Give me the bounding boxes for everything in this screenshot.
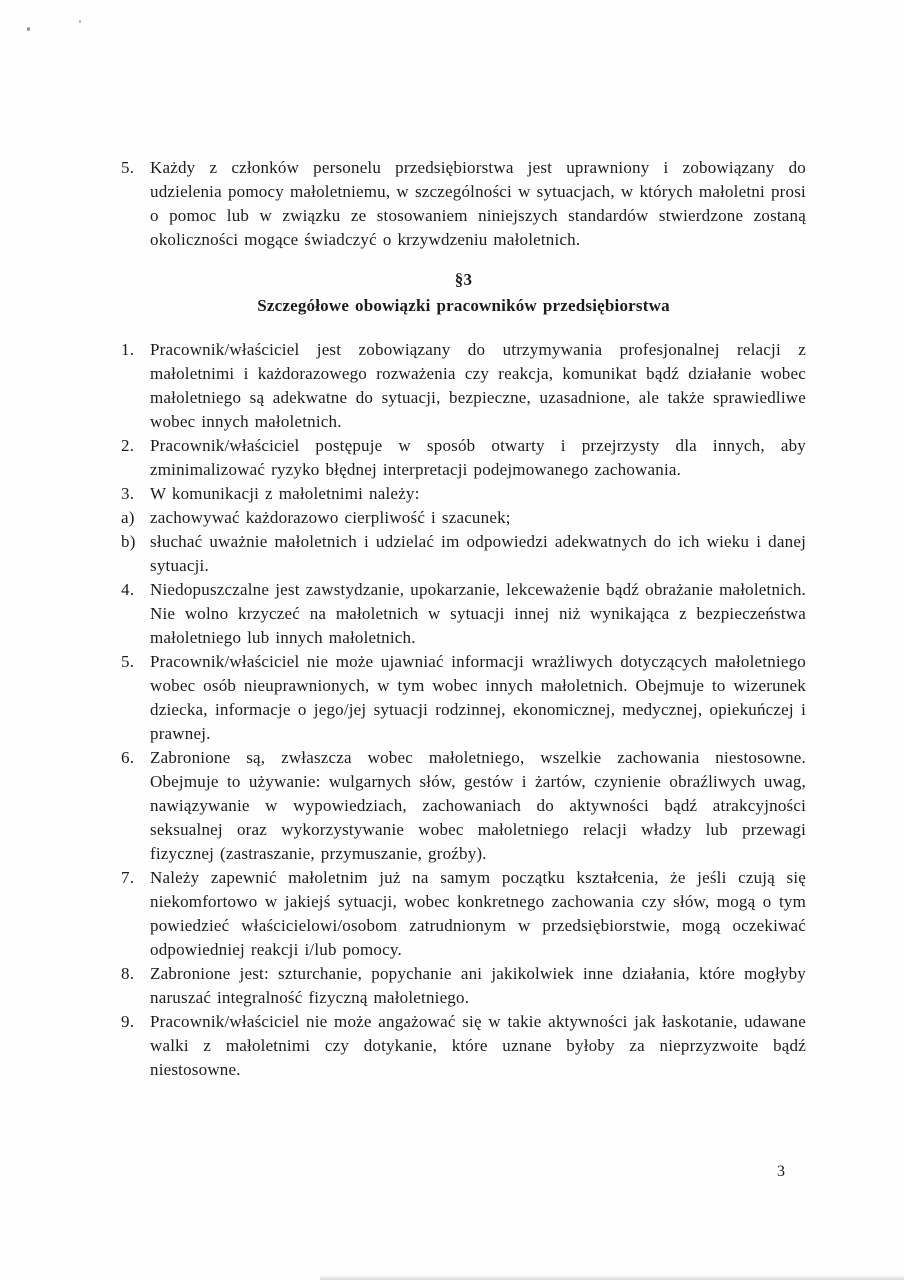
lettered-item: a) zachowywać każdorazowo cierpliwość i … — [121, 506, 806, 530]
item-marker: 3. — [121, 482, 147, 506]
section-heading: §3 Szczegółowe obowiązki pracowników prz… — [121, 267, 806, 319]
numbered-item: 7. Należy zapewnić małoletnim już na sam… — [121, 866, 806, 962]
item-marker: 1. — [121, 338, 147, 362]
item-marker: a) — [121, 506, 147, 530]
item-marker: 6. — [121, 746, 147, 770]
scanned-document-page: 5. Każdy z członków personelu przedsiębi… — [0, 0, 904, 1280]
item-text: Niedopuszczalne jest zawstydzanie, upoka… — [150, 580, 806, 647]
scan-edge-shadow — [320, 1275, 904, 1280]
item-marker: 4. — [121, 578, 147, 602]
section-symbol: §3 — [121, 267, 806, 293]
scan-speck — [27, 27, 30, 31]
item-text: Każdy z członków personelu przedsiębiors… — [150, 158, 806, 249]
item-text: Pracownik/właściciel nie może ujawniać i… — [150, 652, 806, 743]
page-number: 3 — [777, 1162, 785, 1182]
numbered-item: 9. Pracownik/właściciel nie może angażow… — [121, 1010, 806, 1082]
item-text: Pracownik/właściciel nie może angażować … — [150, 1012, 806, 1079]
document-body: 5. Każdy z członków personelu przedsiębi… — [121, 156, 806, 1082]
numbered-item: 5. Pracownik/właściciel nie może ujawnia… — [121, 650, 806, 746]
numbered-item: 4. Niedopuszczalne jest zawstydzanie, up… — [121, 578, 806, 650]
numbered-item: 2. Pracownik/właściciel postępuje w spos… — [121, 434, 806, 482]
item-text: Zabronione jest: szturchanie, popychanie… — [150, 964, 806, 1007]
item-text: słuchać uważnie małoletnich i udzielać i… — [150, 532, 806, 575]
numbered-item: 5. Każdy z członków personelu przedsiębi… — [121, 156, 806, 252]
item-text: zachowywać każdorazowo cierpliwość i sza… — [150, 508, 511, 527]
item-text: Zabronione są, zwłaszcza wobec małoletni… — [150, 748, 806, 863]
numbered-item: 8. Zabronione jest: szturchanie, popycha… — [121, 962, 806, 1010]
item-marker: 5. — [121, 650, 147, 674]
item-marker: b) — [121, 530, 147, 554]
item-text: Należy zapewnić małoletnim już na samym … — [150, 868, 806, 959]
item-marker: 2. — [121, 434, 147, 458]
lettered-item: b) słuchać uważnie małoletnich i udziela… — [121, 530, 806, 578]
item-text: Pracownik/właściciel jest zobowiązany do… — [150, 340, 806, 431]
numbered-item: 6. Zabronione są, zwłaszcza wobec małole… — [121, 746, 806, 866]
item-marker: 5. — [121, 156, 147, 180]
item-marker: 8. — [121, 962, 147, 986]
numbered-item: 1. Pracownik/właściciel jest zobowiązany… — [121, 338, 806, 434]
item-text: Pracownik/właściciel postępuje w sposób … — [150, 436, 806, 479]
item-marker: 7. — [121, 866, 147, 890]
section-title: Szczegółowe obowiązki pracowników przeds… — [121, 293, 806, 319]
numbered-item: 3. W komunikacji z małoletnimi należy: — [121, 482, 806, 506]
item-marker: 9. — [121, 1010, 147, 1034]
scan-speck — [79, 20, 81, 23]
item-text: W komunikacji z małoletnimi należy: — [150, 484, 420, 503]
